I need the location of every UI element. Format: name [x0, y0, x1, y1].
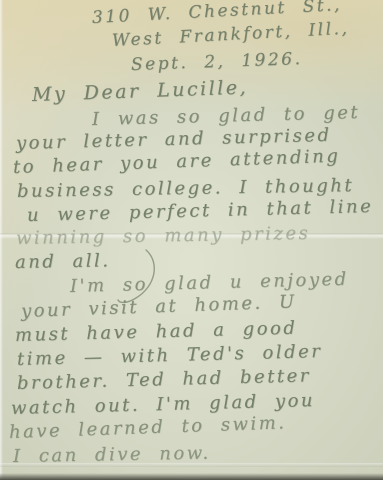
salutation: My Dear Lucille,	[32, 76, 249, 106]
body-line: brother. Ted had better	[17, 365, 311, 394]
body-line: I can dive now.	[13, 443, 211, 467]
body-line: I'm so glad u enjoyed	[70, 269, 349, 297]
scan-left-edge	[0, 0, 3, 480]
page-bottom-edge-shadow	[0, 473, 383, 480]
body-line: your visit at home. U	[21, 291, 297, 322]
body-line: and all.	[15, 250, 111, 273]
letter-page: 310 W. Chestnut St., West Frankfort, Ill…	[0, 0, 383, 480]
date-line: Sept. 2, 1926.	[131, 49, 303, 75]
body-line-faded: winning so many prizes	[16, 223, 311, 249]
